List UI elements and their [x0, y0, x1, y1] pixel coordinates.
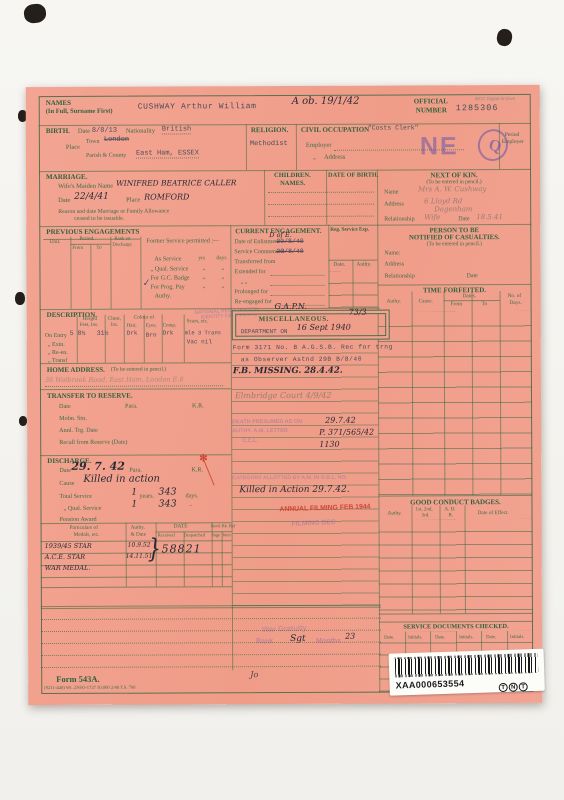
- regexp-date-label: Date.: [333, 263, 345, 269]
- col-from: From: [72, 246, 83, 251]
- commenced-value: 20/8/40: [276, 249, 303, 256]
- official-number-value: 1285306: [456, 104, 499, 113]
- mobn-label: Mobn. Stn.: [59, 416, 87, 423]
- misc-number: 73/3: [349, 309, 367, 317]
- religion-value: Methodist: [250, 141, 288, 149]
- good-conduct-table: [378, 505, 532, 614]
- desc-height-1: Height: [83, 317, 97, 323]
- death-date-hand: 29.7.42: [325, 417, 356, 426]
- pen-tick: ✓: [142, 279, 151, 290]
- barcode-text: XAA000653554: [395, 678, 464, 690]
- extended-ditto: „ „: [240, 279, 247, 285]
- marriage-date-value: 22/4/41: [74, 193, 109, 203]
- nok-relationship-label: Relationship: [384, 216, 414, 222]
- as-service-label: As Service: [154, 256, 181, 263]
- transfer-reserve-label: TRANSFER TO RESERVE.: [47, 393, 133, 401]
- medals-col2a: Authy.: [131, 526, 145, 532]
- form-paper: IBCC Digital Archive NAMES (In Full, Sur…: [26, 85, 543, 705]
- gc-badge-label: For G.C. Badge: [150, 275, 189, 282]
- nok-address-label: Address: [384, 201, 404, 207]
- allowance-ceased-line1: Reason and date Marriage or Family Allow…: [58, 208, 169, 215]
- col-unit: Unit.: [49, 240, 60, 246]
- medal-brace: }: [148, 535, 161, 563]
- comp-value: Drk: [163, 330, 174, 336]
- nok-name-label: Name: [384, 189, 398, 195]
- notify-pencil-note: (To be entered in pencil.): [377, 242, 531, 248]
- names-label: NAMES: [46, 100, 71, 107]
- department-typed: DEPARTMENT ON: [241, 329, 288, 336]
- medals-despatched: Despatched: [184, 533, 205, 538]
- cause-label: Cause: [59, 481, 74, 488]
- medal-row-3: WAR MEDAL.: [45, 565, 91, 572]
- col-rank-1: Rank on: [114, 237, 130, 242]
- nok-date-value: 18.5.41: [476, 214, 503, 221]
- days-label-2: days.: [185, 493, 198, 500]
- birth-label: BIRTH.: [46, 128, 70, 135]
- regexp-authy-label: Authy.: [356, 263, 371, 269]
- town-value: London: [104, 137, 129, 144]
- rank-value: Sgt: [290, 635, 306, 645]
- parish-value: East Ham, ESSEX: [136, 150, 199, 159]
- divider: [246, 124, 247, 170]
- death-stamp-line1: DEATH PRESUMED AS ON: [232, 420, 302, 426]
- ne-stamp: NE: [420, 133, 459, 159]
- death-presumed-stamp: DEATH PRESUMED AS ON AUTHY. A.M. LETTER …: [232, 420, 302, 445]
- desc-chest-1: Chest,: [108, 317, 121, 323]
- discharge-kr-label: K.R.: [191, 467, 203, 474]
- years-label: years.: [139, 494, 154, 501]
- total-days-value: 343: [158, 487, 176, 497]
- medals-col2b: & Date: [131, 533, 146, 539]
- desc-row-transf: „ Transf: [48, 358, 68, 364]
- tnt-letter-t2: T: [519, 682, 528, 691]
- edge-mark-2: [15, 292, 25, 305]
- edge-mark-3: [19, 416, 27, 426]
- parish-label: Parish & County: [86, 153, 126, 159]
- handwritten-death-note: A ob. 19/1/42: [292, 97, 360, 108]
- total-service-label: Total Service: [59, 494, 92, 501]
- medal-row-2: A.C.E. STAR: [45, 554, 85, 561]
- qual-service-label-2: „ Qual. Service: [63, 506, 101, 513]
- tnt-logo: TNT: [497, 676, 528, 694]
- medal-row-1: 1939/45 STAR: [45, 543, 92, 550]
- regexp-rows: [328, 272, 377, 308]
- medals-item: Item: [223, 533, 231, 538]
- prolonged-label: Prolonged for: [235, 289, 268, 295]
- town-label: Town: [86, 139, 100, 145]
- qual-days-value: 343: [158, 499, 176, 509]
- nationality-label: Nationality: [126, 129, 155, 136]
- notify-address-label: Address: [384, 261, 404, 267]
- medals-page: Page: [212, 533, 221, 538]
- discharge-date-value: 29. 7. 42: [71, 461, 125, 473]
- maiden-name-label: Wife's Maiden Name: [58, 184, 113, 191]
- marriage-date-label: Date: [58, 198, 70, 205]
- department-date-hand: 16 Sept 1940: [297, 324, 351, 333]
- total-years-value: 1: [131, 489, 137, 498]
- allowance-ceased-line2: ceased to be issuable.: [74, 216, 124, 222]
- notify-name-label: Name:: [384, 250, 400, 256]
- official-number-label-1: OFFICIAL: [414, 98, 448, 105]
- qual-service-label: „ Qual. Service: [150, 266, 188, 273]
- extended-label: Extended for: [234, 269, 265, 275]
- col-rank-2: Discharge: [112, 243, 131, 248]
- recall-label: Recall from Reserve (Date): [59, 440, 127, 447]
- chest-value: 31½: [97, 331, 109, 338]
- birth-place-label: Place: [66, 145, 80, 152]
- birth-date-value: 8/8/13: [92, 128, 117, 135]
- desc-height-2: Feet, Ins.: [80, 323, 99, 328]
- barcode-stripes: [395, 653, 539, 678]
- scars-value: mle 3 Trans: [185, 330, 221, 336]
- tnt-letter-t1: T: [499, 683, 508, 692]
- ditto-days-1: „: [221, 266, 223, 272]
- desc-chest-2: Ins.: [111, 323, 118, 328]
- name-value: CUSHWAY Arthur William: [138, 103, 257, 112]
- killed-in-action-entry: Killed in Action 29.7.42.: [239, 486, 349, 496]
- form-number: Form 543A.: [56, 675, 99, 684]
- col-to: To: [96, 246, 101, 251]
- fb-missing-entry: F.B. MISSING. 28.4.42.: [233, 367, 343, 376]
- days-label: days: [216, 256, 226, 262]
- archive-credit: IBCC Digital Archive: [475, 96, 516, 101]
- home-address-value: 36 Walbrook Road, East Ham, London E.6: [45, 376, 184, 383]
- transfer-date-label: Date: [59, 404, 71, 411]
- reengaged-label: Re-engaged for: [235, 299, 272, 305]
- occupation-value: "Costs Clerk": [368, 125, 419, 132]
- q-stamp-letter: Q: [487, 136, 503, 156]
- form3171-line2: as Observer Astnd 29B B/8/40: [241, 357, 362, 364]
- employer-label: Employer: [306, 143, 332, 150]
- nok-name-value: Mrs A. W. Cushway: [418, 186, 486, 194]
- enlistment-label: Date of Enlistment: [234, 239, 279, 245]
- divider: [296, 124, 297, 170]
- ditto-mark: „: [313, 155, 316, 162]
- nok-date-label: Date: [458, 216, 469, 222]
- children-label-2: NAMES.: [280, 181, 305, 188]
- elmbridge-entry: Elmbridge Court 4/9/42: [235, 392, 331, 401]
- period-label-1: Period: [505, 133, 519, 139]
- months-value: 23: [345, 633, 355, 641]
- yrs-label: yrs: [198, 256, 205, 262]
- hair-value: Drk: [127, 331, 138, 337]
- transfer-para-label: Para.: [125, 404, 138, 411]
- reg-service-exp-label: Reg. Service Exp.: [330, 228, 369, 234]
- desc-row-reen: „ Re-en.: [48, 350, 68, 356]
- medals-stock-header: Stock Bk. Ref: [211, 524, 236, 529]
- ditto-yrs-3: „: [203, 284, 205, 290]
- jo-annotation: Jo: [250, 671, 258, 679]
- death-ref-hand: P. 371/565/42: [319, 429, 374, 438]
- desc-colour: Colour of: [134, 316, 154, 322]
- desc-hair: Hair,: [127, 324, 137, 329]
- transfer-kr-label: K.R.: [192, 403, 204, 410]
- category-stamp: CATEGORY ALLOTTED BY A.M. IN O.B.L. NO.: [232, 476, 347, 482]
- children-label-1: CHILDREN.: [274, 173, 311, 180]
- qual-dash: -: [189, 502, 191, 509]
- death-ref2-hand: 1130: [319, 441, 339, 449]
- notify-relationship-label: Relationship: [384, 273, 414, 279]
- names-sublabel: (In Full, Surname First): [46, 109, 113, 116]
- cause-value: Killed in action: [83, 475, 160, 486]
- height-value: 5 8½: [70, 331, 86, 338]
- tnt-letter-n: N: [509, 683, 518, 692]
- birth-date-label: Date: [78, 129, 90, 136]
- desc-row-entry: On Entry: [45, 333, 67, 339]
- archive-tab-top-right: [496, 28, 514, 47]
- archive-tab-top-left: [23, 3, 47, 25]
- prev-authy-label: Authy.: [155, 293, 172, 300]
- religion-label: RELIGION.: [251, 127, 289, 135]
- qual-years-value: 1: [131, 501, 137, 510]
- marriage-label: MARRIAGE.: [46, 174, 87, 182]
- desc-comp: Comp.: [163, 323, 177, 328]
- ditto-yrs-2: „: [202, 275, 204, 281]
- medal-number: 58821: [162, 543, 202, 555]
- medals-date-header: DATE: [174, 524, 188, 530]
- discharge-date-label: Date: [59, 468, 71, 475]
- medals-col1b: Medals, etc.: [74, 533, 100, 539]
- gapn-annotation: G.A.P.N.: [275, 303, 307, 312]
- transferred-label: Transferred from: [234, 259, 275, 265]
- barcode-sticker: XAA000653554 TNT: [389, 649, 545, 696]
- enlistment-value: 20/8/40: [276, 239, 303, 246]
- nationality-value: British: [162, 126, 191, 134]
- death-stamp-line2: AUTHY. A.M. LETTER: [232, 429, 302, 435]
- vaccination-note: Vac nil: [187, 339, 212, 345]
- occupation-label: CIVIL OCCUPATION: [301, 127, 369, 135]
- former-service-label: Former Service permitted :—: [146, 238, 219, 245]
- print-code: (9211-440) Wt. 23693-1727 50,000 2/40 T.…: [44, 686, 135, 691]
- ditto-yrs-1: „: [202, 266, 204, 272]
- nok-relationship-value: Wife: [424, 214, 440, 221]
- home-address-label: HOME ADDRESS.: [47, 367, 105, 375]
- scanned-document-page: { "meta": {"archive":"IBCC Digital Archi…: [0, 0, 564, 800]
- time-forfeited-table: [378, 291, 533, 496]
- ditto-days-3: „: [222, 284, 224, 290]
- marriage-place-value: ROMFORD: [144, 193, 189, 202]
- divider: [70, 244, 110, 245]
- eyes-value: Brn: [146, 333, 157, 339]
- col-period: Period.: [79, 237, 94, 243]
- form3171-line1: Form 3171 No. 8 A.G.S.B. Rec for trng: [233, 345, 393, 352]
- prog-pay-label: For Prog. Pay: [151, 284, 185, 291]
- annl-trg-label: Annl. Trg. Date: [59, 428, 98, 435]
- home-address-pencil-note: (To be entered in pencil.): [111, 368, 166, 374]
- desc-row-extn: „ Extn.: [48, 342, 65, 348]
- medals-col1a: Particulars of: [70, 526, 98, 532]
- notify-date-label: Date: [466, 273, 477, 279]
- marriage-place-label: Place: [126, 198, 140, 205]
- death-stamp-line3: C.C.L.: [242, 438, 302, 444]
- maiden-name-value: WINIFRED BEATRICE CALLER: [116, 179, 236, 187]
- date-of-birth-label: DATE OF BIRTH.: [328, 173, 378, 180]
- period-label-2: Employer: [502, 140, 524, 146]
- official-number-label-2: NUMBER: [416, 107, 447, 114]
- ditto-days-2: „: [221, 275, 223, 281]
- desc-eyes: Eyes,: [146, 324, 157, 329]
- employer-address-label: Address: [324, 155, 345, 162]
